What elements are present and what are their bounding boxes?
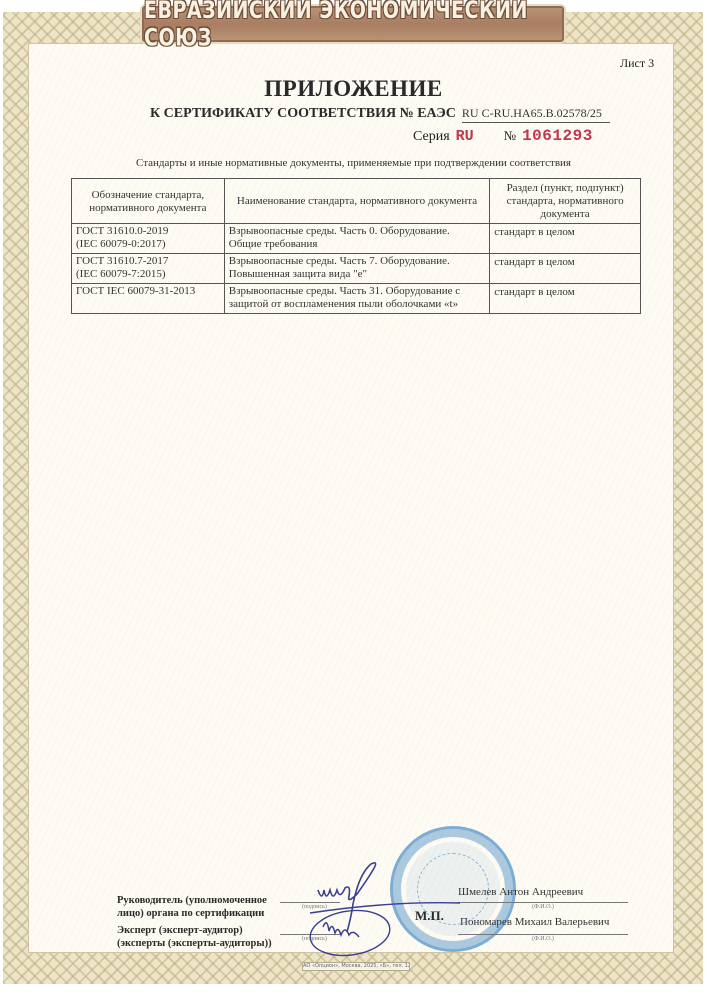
table-header-row: Обозначение стандарта, нормативного доку… <box>72 179 641 224</box>
designation-cell: ГОСТ IEC 60079-31-2013 <box>72 284 225 314</box>
certificate-reference: К СЕРТИФИКАТУ СООТВЕТСТВИЯ № ЕАЭС RU C-R… <box>150 106 610 123</box>
subtitle: К СЕРТИФИКАТУ СООТВЕТСТВИЯ № ЕАЭС <box>150 106 456 122</box>
section-cell: стандарт в целом <box>490 284 641 314</box>
form-series: Серия RU № 1061293 <box>413 127 593 145</box>
expert-label: Эксперт (эксперт-аудитор) (эксперты (экс… <box>117 924 272 950</box>
expert-name: Пономарев Михаил Валерьевич <box>460 916 609 928</box>
head-label: Руководитель (уполномоченное лицо) орган… <box>117 894 267 920</box>
table-row: ГОСТ IEC 60079-31-2013 Взрывоопасные сре… <box>72 284 641 314</box>
section-cell: стандарт в целом <box>490 224 641 254</box>
series-label: Серия <box>413 129 450 145</box>
table-row: ГОСТ 31610.7-2017 (IEC 60079-7:2015) Взр… <box>72 254 641 284</box>
name-cell: Взрывоопасные среды. Часть 0. Оборудован… <box>224 224 489 254</box>
table-row: ГОСТ 31610.0-2019 (IEC 60079-0:2017) Взр… <box>72 224 641 254</box>
print-info: АО «Опцион», Москва, 2025, «Б», тел. 123 <box>302 962 410 971</box>
head-name-line <box>458 902 628 903</box>
fio-hint: (Ф.И.О.) <box>532 936 554 942</box>
certificate-number: RU C-RU.HA65.B.02578/25 <box>462 106 610 123</box>
expert-name-line <box>458 934 628 935</box>
fio-hint: (Ф.И.О.) <box>532 904 554 910</box>
series-value: RU <box>456 128 474 145</box>
name-cell: Взрывоопасные среды. Часть 7. Оборудован… <box>224 254 489 284</box>
section-cell: стандарт в целом <box>490 254 641 284</box>
page-title: ПРИЛОЖЕНИЕ <box>0 76 707 102</box>
designation-cell: ГОСТ 31610.0-2019 (IEC 60079-0:2017) <box>72 224 225 254</box>
sheet-number: Лист 3 <box>620 56 654 71</box>
head-name: Шмелев Антон Андреевич <box>458 886 583 898</box>
eaeu-banner: ЕВРАЗИЙСКИЙ ЭКОНОМИЧЕСКИЙ СОЮЗ <box>142 6 564 42</box>
column-header-designation: Обозначение стандарта, нормативного доку… <box>72 179 225 224</box>
standards-table: Обозначение стандарта, нормативного доку… <box>71 178 641 314</box>
designation-cell: ГОСТ 31610.7-2017 (IEC 60079-7:2015) <box>72 254 225 284</box>
table-caption: Стандарты и иные нормативные документы, … <box>0 157 707 169</box>
form-number: 1061293 <box>522 127 593 145</box>
number-label: № <box>504 128 516 144</box>
name-cell: Взрывоопасные среды. Часть 31. Оборудова… <box>224 284 489 314</box>
column-header-section: Раздел (пункт, подпункт) стандарта, норм… <box>490 179 641 224</box>
column-header-name: Наименование стандарта, нормативного док… <box>224 179 489 224</box>
banner-title: ЕВРАЗИЙСКИЙ ЭКОНОМИЧЕСКИЙ СОЮЗ <box>144 0 562 52</box>
